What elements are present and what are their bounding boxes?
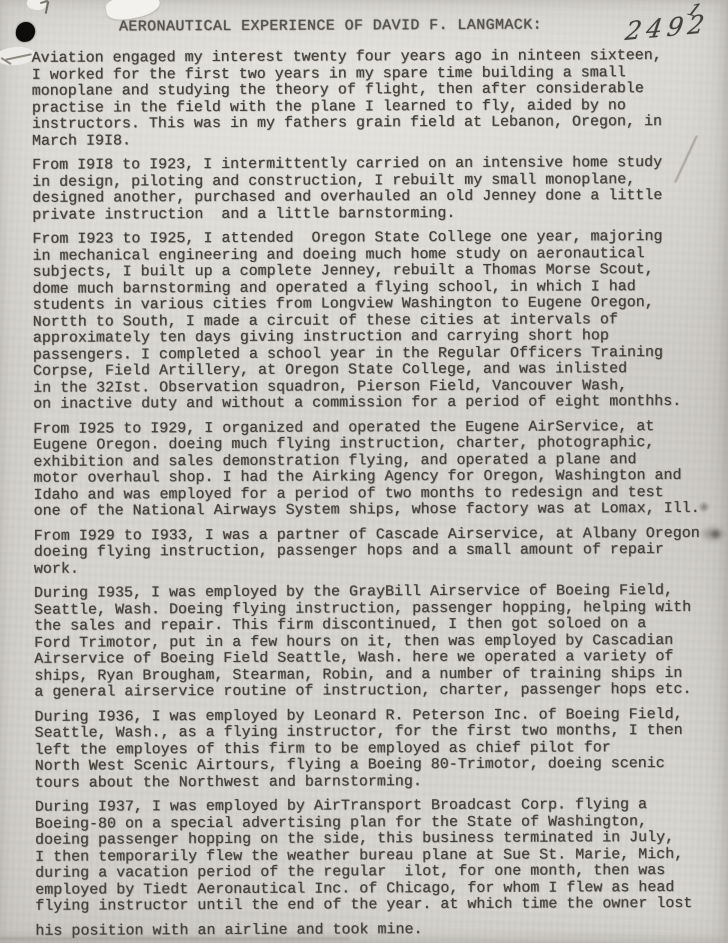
- document-content: 1 2492 AERONAUTICAL EXPERIENCE OF DAVID …: [0, 0, 728, 943]
- paragraph-1925-1929: From I925 to I929, I organized and opera…: [33, 418, 728, 520]
- scanned-document-page: 1 2492 AERONAUTICAL EXPERIENCE OF DAVID …: [0, 0, 728, 943]
- paragraph-1918-1923: From I9I8 to I923, I intermittently carr…: [32, 155, 727, 224]
- paragraph-1937: During I937, I was employed by AirTransp…: [35, 797, 728, 916]
- paragraph-closing-line: his position with an airline and took mi…: [35, 920, 728, 940]
- paragraph-1935: During I935, I was employed by the GrayB…: [34, 583, 728, 702]
- paragraph-1936: During I936, I was employed by Leonard R…: [34, 706, 728, 792]
- document-title: AERONAUTICAL EXPERIENCE OF DAVID F. LANG…: [0, 16, 663, 36]
- paragraph-aviation-1916: Aviation engaged my interest twenty four…: [32, 48, 727, 150]
- paragraph-1929-1933: From I929 to I933, I was a partner of Ca…: [34, 525, 728, 578]
- document-body: Aviation engaged my interest twenty four…: [32, 48, 728, 943]
- paragraph-1923-1925: From I923 to I925, I attended Oregon Sta…: [32, 229, 728, 414]
